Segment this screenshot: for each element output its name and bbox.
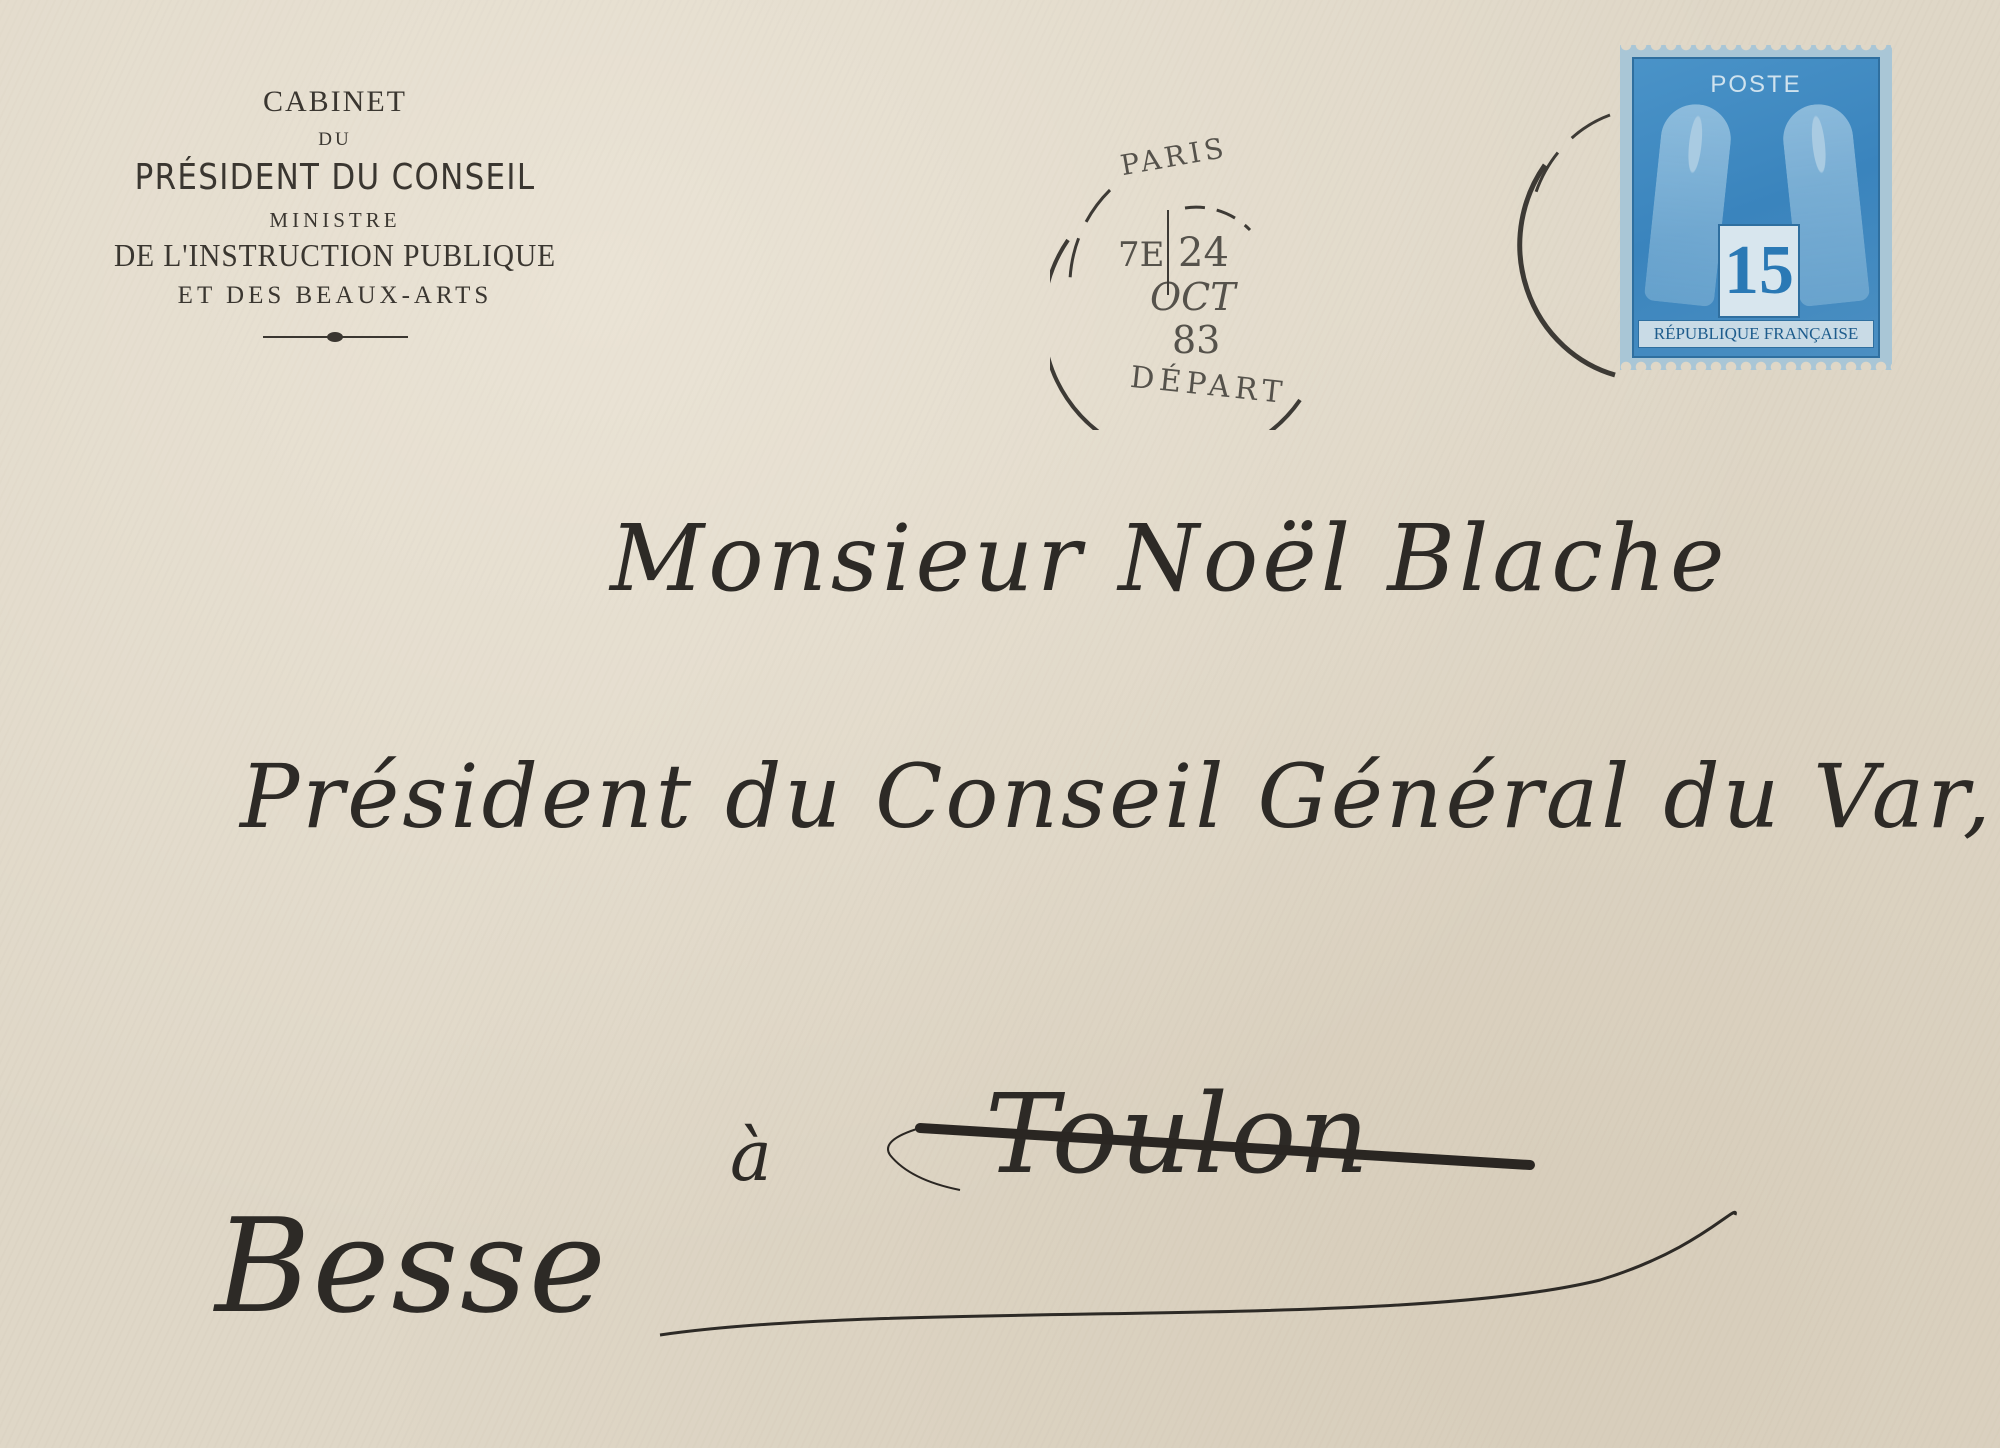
postage-stamp: POSTE 15 RÉPUBLIQUE FRANÇAISE (1620, 45, 1892, 370)
envelope: CABINET DU PRÉSIDENT DU CONSEIL MINISTRE… (0, 0, 2000, 1448)
postmark-year: 83 (1172, 318, 1220, 362)
addressee-name: Monsieur Noël Blache (610, 505, 1729, 612)
letterhead-president: PRÉSIDENT DU CONSEIL (107, 157, 563, 198)
stamp-design: POSTE 15 RÉPUBLIQUE FRANÇAISE (1632, 57, 1880, 358)
postmark-hour: 7E (1118, 235, 1164, 275)
postmark-month: OCT (1150, 275, 1236, 319)
stamp-value-box: 15 (1718, 224, 1800, 318)
stamp-country: RÉPUBLIQUE FRANÇAISE (1638, 320, 1874, 348)
letterhead-ministre: MINISTRE (70, 208, 600, 233)
letterhead-instruction: DE L'INSTRUCTION PUBLIQUE (91, 237, 579, 274)
letterhead-beaux-arts: ET DES BEAUX-ARTS (70, 282, 600, 310)
paris-postmark: PARIS 7E 24 OCT 83 DÉPART (1050, 130, 1330, 430)
strikethrough-line-icon (880, 1120, 1540, 1200)
printed-letterhead: CABINET DU PRÉSIDENT DU CONSEIL MINISTRE… (70, 85, 600, 342)
letterhead-cabinet: CABINET (70, 85, 600, 119)
address-preposition: à (730, 1115, 772, 1197)
letterhead-du: DU (70, 129, 600, 151)
stamp-header: POSTE (1634, 71, 1878, 99)
postmark-day: 24 (1178, 230, 1229, 276)
forwarding-city: Besse (215, 1190, 608, 1342)
addressee-title: Président du Conseil Général du Var, (240, 745, 1994, 848)
stamp-value: 15 (1724, 236, 1794, 306)
ornament-rule-icon (263, 332, 408, 342)
